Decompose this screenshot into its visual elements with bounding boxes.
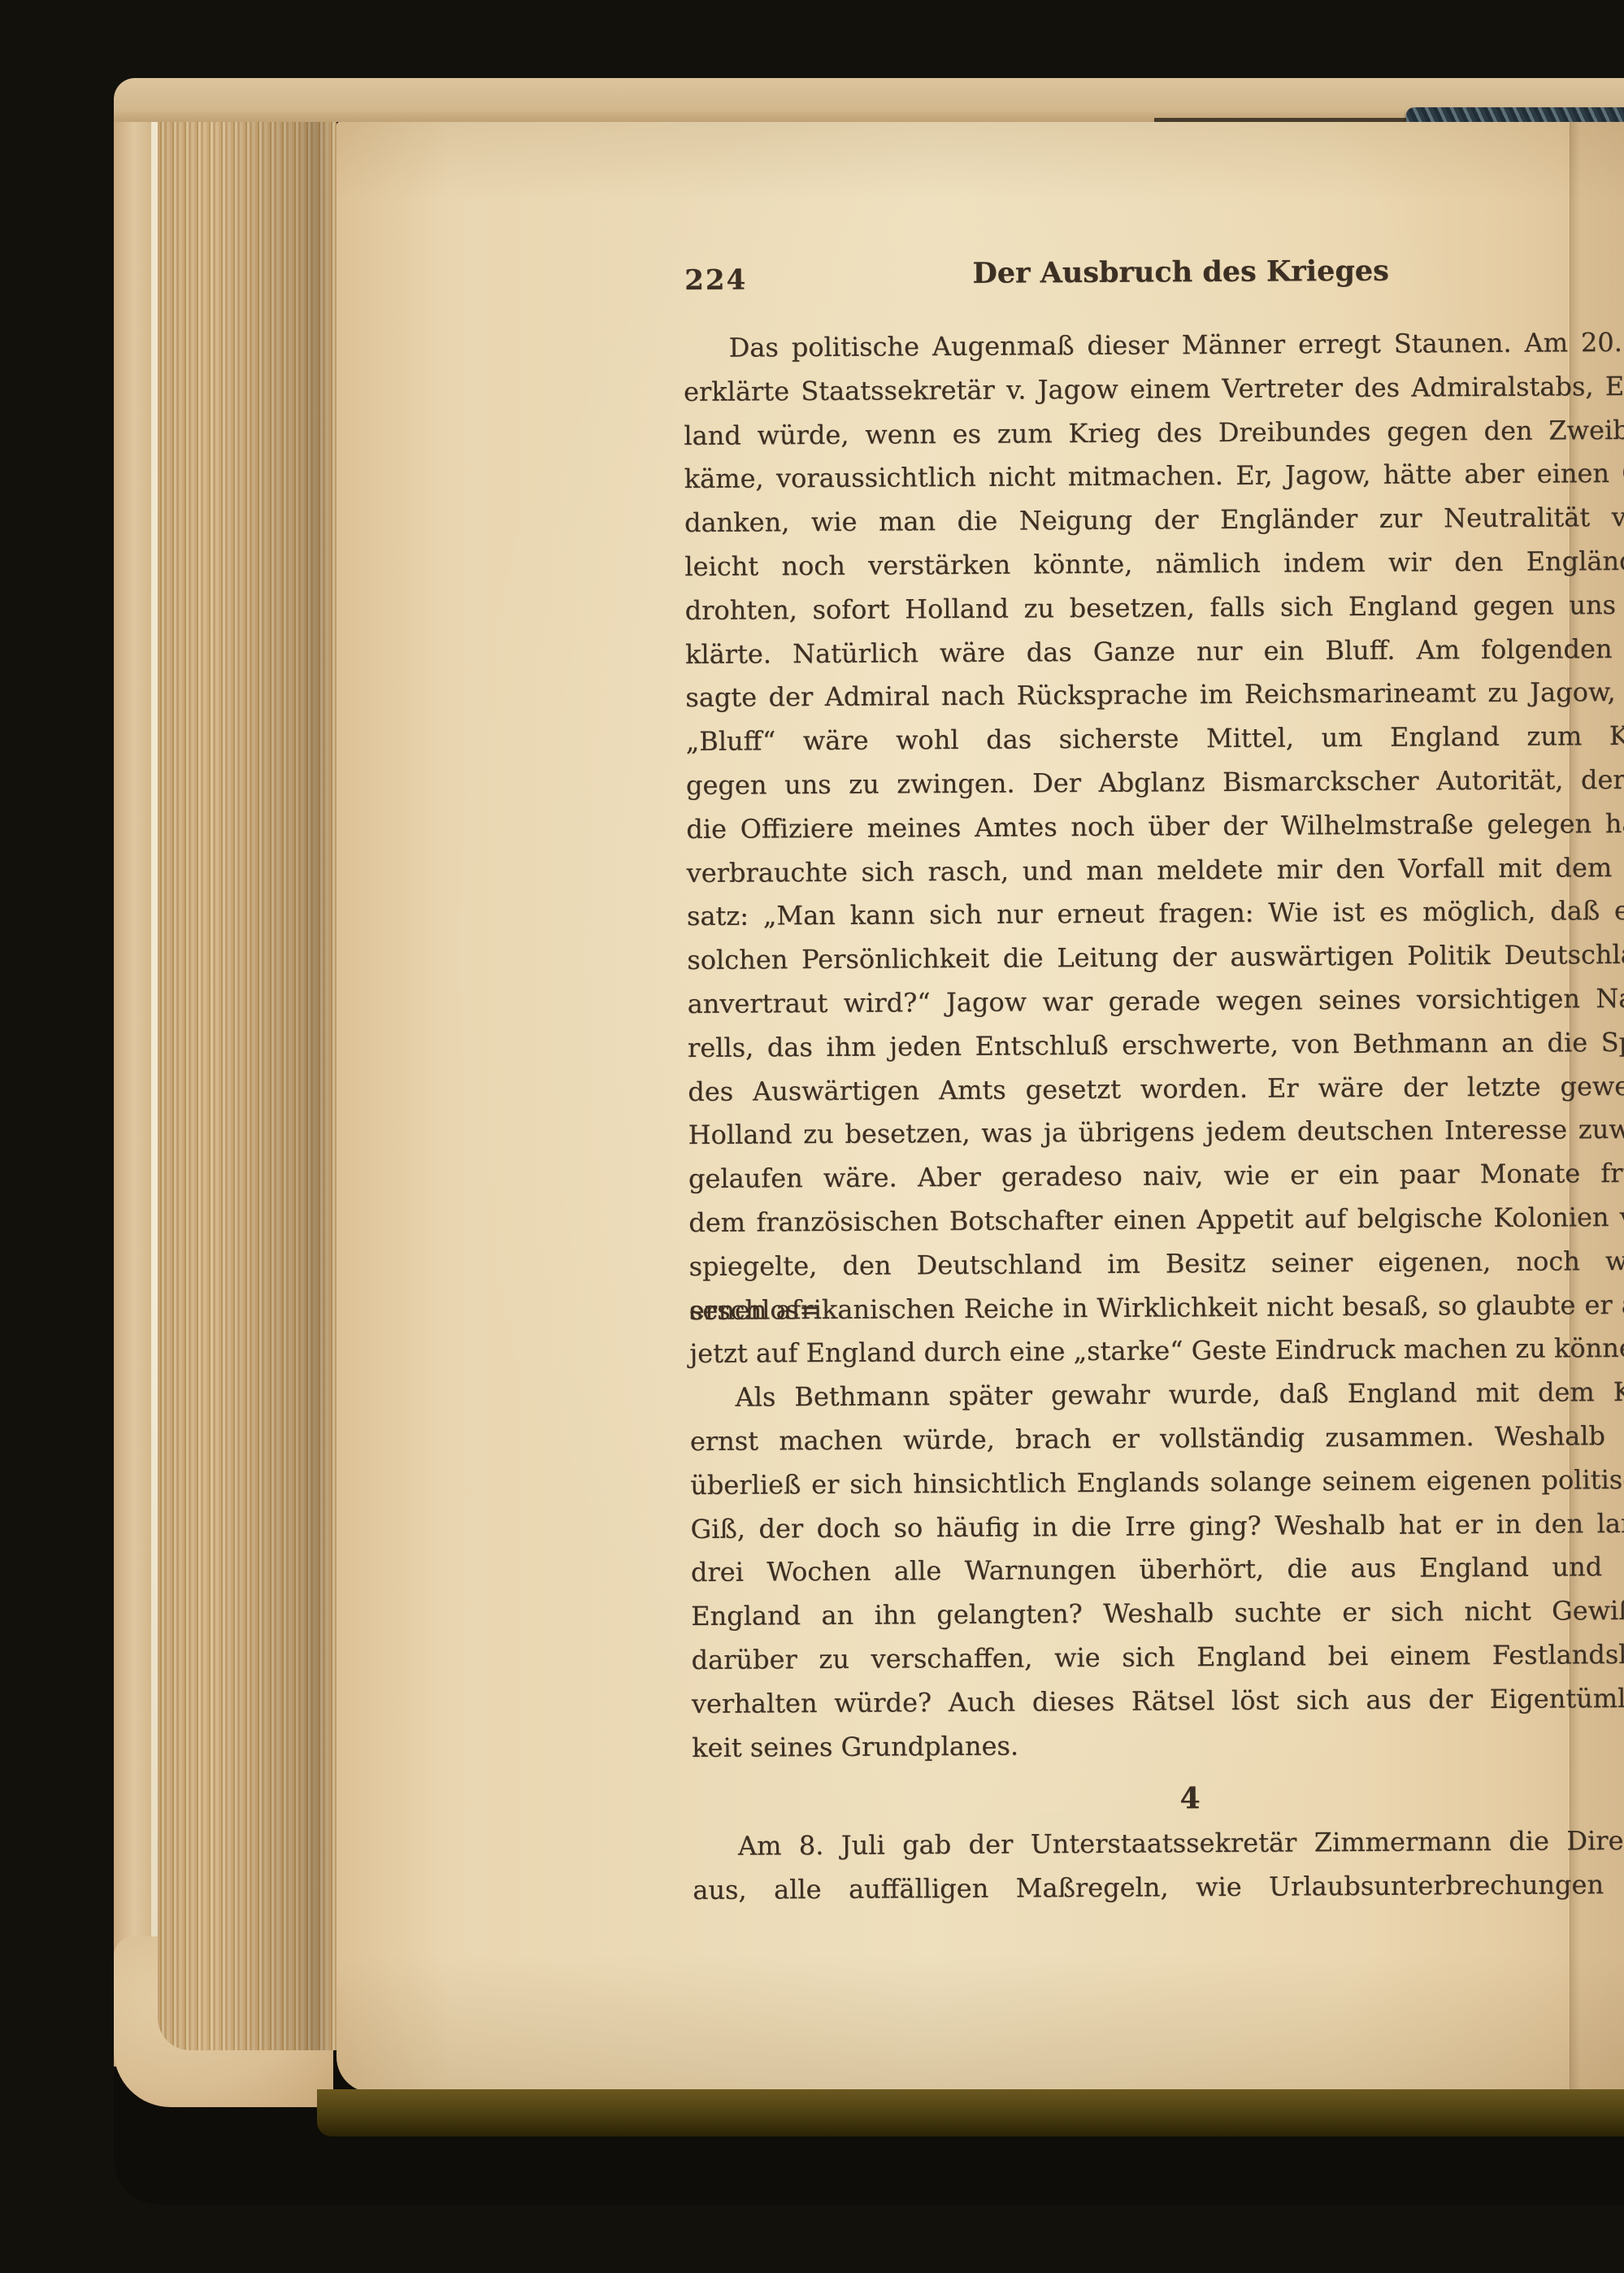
fore-edge-page-stack [158,111,337,2050]
text-line: drohten, sofort Holland zu besetzen, fal… [685,583,1624,632]
text-line: Giß, der doch so häufig in die Irre ging… [690,1502,1624,1551]
book-scan: 224 Der Ausbruch des Krieges Das politis… [114,78,1624,2205]
text-line: aus, alle auffälligen Maßregeln, wie Url… [693,1863,1624,1913]
text-line: Das politische Augenmaß dieser Männer er… [684,321,1624,371]
text-line: gelaufen wäre. Aber geradeso naiv, wie e… [688,1152,1624,1202]
text-line: verhalten würde? Auch dieses Rätsel löst… [692,1676,1624,1726]
text-line: gegen uns zu zwingen. Der Abglanz Bismar… [686,758,1624,807]
text-line: danken, wie man die Neigung der Englände… [684,496,1624,545]
text-line: anvertraut wird?“ Jagow war gerade wegen… [687,976,1624,1026]
text-line: verbrauchte sich rasch, und man meldete … [686,845,1624,895]
text-line: land würde, wenn es zum Krieg des Dreibu… [684,408,1624,458]
printed-page-content: 224 Der Ausbruch des Krieges Das politis… [683,248,1624,307]
text-line: käme, voraussichtlich nicht mitmachen. E… [684,452,1624,502]
text-line: Holland zu besetzen, was ja übrigens jed… [688,1108,1624,1158]
book-cover-edge [114,86,151,2067]
text-line: die Offiziere meines Amtes noch über der… [686,802,1624,851]
paragraph: Das politische Augenmaß dieser Männer er… [684,321,1624,1377]
paragraph: Am 8. Juli gab der Unterstaatssekretär Z… [693,1819,1624,1913]
text-line: senen afrikanischen Reiche in Wirklichke… [689,1283,1624,1332]
text-line: England an ihn gelangten? Weshalb suchte… [691,1589,1624,1639]
text-line: überließ er sich hinsichtlich Englands s… [690,1458,1624,1507]
page-edge-highlight-line [151,102,158,2058]
text-line: satz: „Man kann sich nur erneut fragen: … [687,889,1624,939]
text-line: Als Bethmann später gewahr wurde, daß En… [689,1371,1624,1420]
text-line: keit seines Grundplanes. [692,1720,1624,1770]
text-line: leicht noch verstärken könnte, nämlich i… [684,539,1624,589]
text-line: Am 8. Juli gab der Unterstaatssekretär Z… [693,1819,1624,1869]
text-line: solchen Persönlichkeit die Leitung der a… [687,933,1624,983]
text-line: „Bluff“ wäre wohl das sicherste Mittel, … [686,715,1624,764]
paragraph: Als Bethmann später gewahr wurde, daß En… [689,1371,1624,1771]
text-line: ernst machen würde, brach er vollständig… [690,1414,1624,1463]
text-line: des Auswärtigen Amts gesetzt worden. Er … [688,1064,1624,1114]
text-line: drei Wochen alle Warnungen überhört, die… [691,1545,1624,1595]
bottom-shadow-band [317,2089,1624,2136]
section-number: 4 [692,1775,1624,1822]
text-line: klärte. Natürlich wäre das Ganze nur ein… [685,627,1624,676]
book-top-edge [114,78,1624,122]
text-line: rells, das ihm jeden Entschluß erschwert… [688,1020,1624,1070]
page-header: 224 Der Ausbruch des Krieges [683,248,1624,307]
text-line: sagte der Admiral nach Rücksprache im Re… [685,671,1624,720]
text-line: jetzt auf England durch eine „starke“ Ge… [689,1327,1624,1376]
text-body: Das politische Augenmaß dieser Männer er… [684,321,1624,1913]
text-line: erklärte Staatssekretär v. Jagow einem V… [684,364,1624,414]
running-title: Der Ausbruch des Krieges [683,248,1624,298]
text-line: spiegelte, den Deutschland im Besitz sei… [688,1239,1624,1289]
text-line: dem französischen Botschafter einen Appe… [688,1195,1624,1245]
text-line: darüber zu verschaffen, wie sich England… [691,1632,1624,1682]
